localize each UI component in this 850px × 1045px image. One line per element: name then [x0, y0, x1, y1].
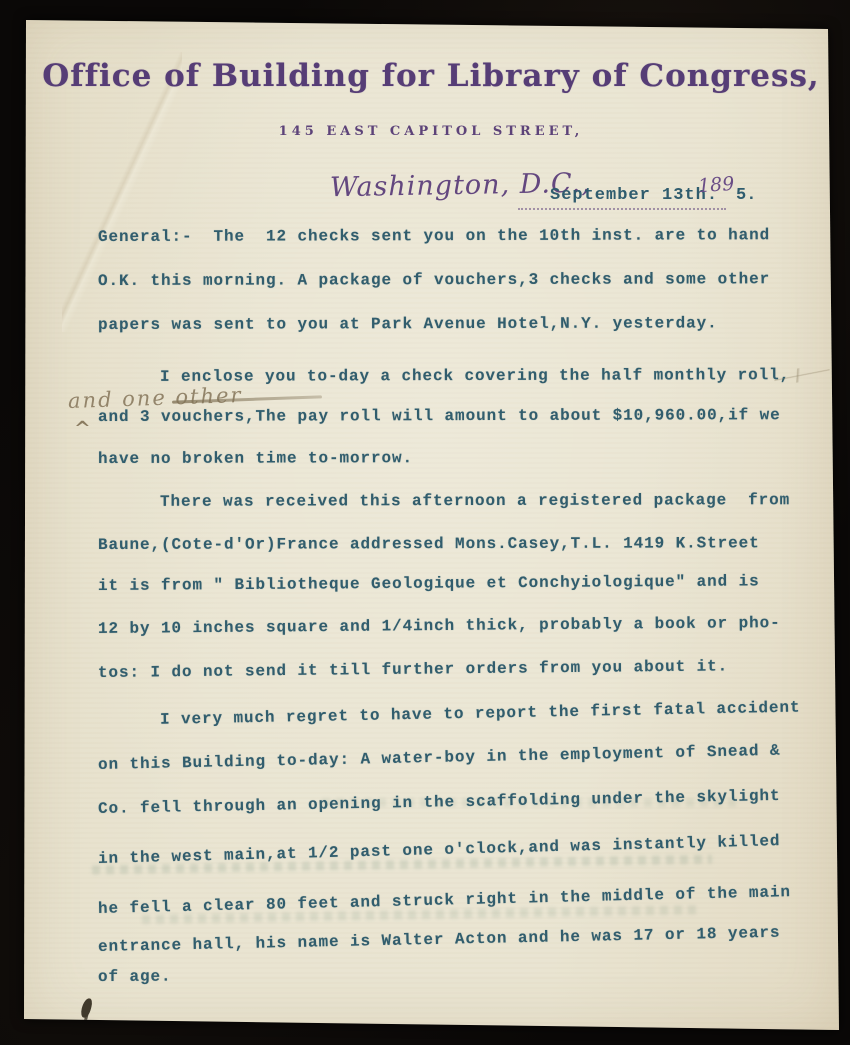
- body-line: it is from " Bibliotheque Geologique et …: [98, 572, 760, 595]
- body-line: tos: I do not send it till further order…: [98, 657, 728, 682]
- body-line: and 3 vouchers,The pay roll will amount …: [98, 406, 781, 426]
- date-dotted-leader: [518, 208, 726, 210]
- body-line: papers was sent to you at Park Avenue Ho…: [98, 314, 718, 334]
- pencil-caret-mark: ^: [74, 416, 91, 440]
- body-line: have no broken time to-morrow.: [98, 449, 413, 468]
- ink-blot: [80, 997, 94, 1019]
- body-line: he fell a clear 80 feet and struck right…: [98, 883, 791, 918]
- body-line: of age.: [98, 968, 172, 986]
- body-line: O.K. this morning. A package of vouchers…: [98, 270, 770, 290]
- paper-sheet: Office of Building for Library of Congre…: [22, 12, 840, 1034]
- body-line: Co. fell through an opening in the scaff…: [98, 787, 781, 818]
- body-line: entrance hall, his name is Walter Acton …: [98, 924, 781, 956]
- letterhead-address: 145 EAST CAPITOL STREET,: [22, 124, 840, 139]
- body-line: I enclose you to-day a check covering th…: [98, 366, 790, 386]
- paper-crease: [62, 52, 182, 332]
- body-line: I very much regret to have to report the…: [98, 699, 801, 730]
- printed-year: 189: [697, 173, 735, 197]
- letterhead-title: Office of Building for Library of Congre…: [22, 58, 840, 94]
- body-line: There was received this afternoon a regi…: [98, 491, 790, 511]
- typed-year: 5.: [736, 186, 756, 205]
- typed-date: September 13th.: [550, 186, 718, 205]
- body-line: General:- The 12 checks sent you on the …: [98, 226, 770, 246]
- body-line: Baune,(Cote-d'Or)France addressed Mons.C…: [98, 534, 760, 554]
- body-line: in the west main,at 1/2 past one o'clock…: [98, 832, 781, 868]
- body-line: on this Building to-day: A water-boy in …: [98, 742, 781, 774]
- letter-paper: Office of Building for Library of Congre…: [22, 12, 840, 1034]
- body-line: 12 by 10 inches square and 1/4inch thick…: [98, 614, 781, 638]
